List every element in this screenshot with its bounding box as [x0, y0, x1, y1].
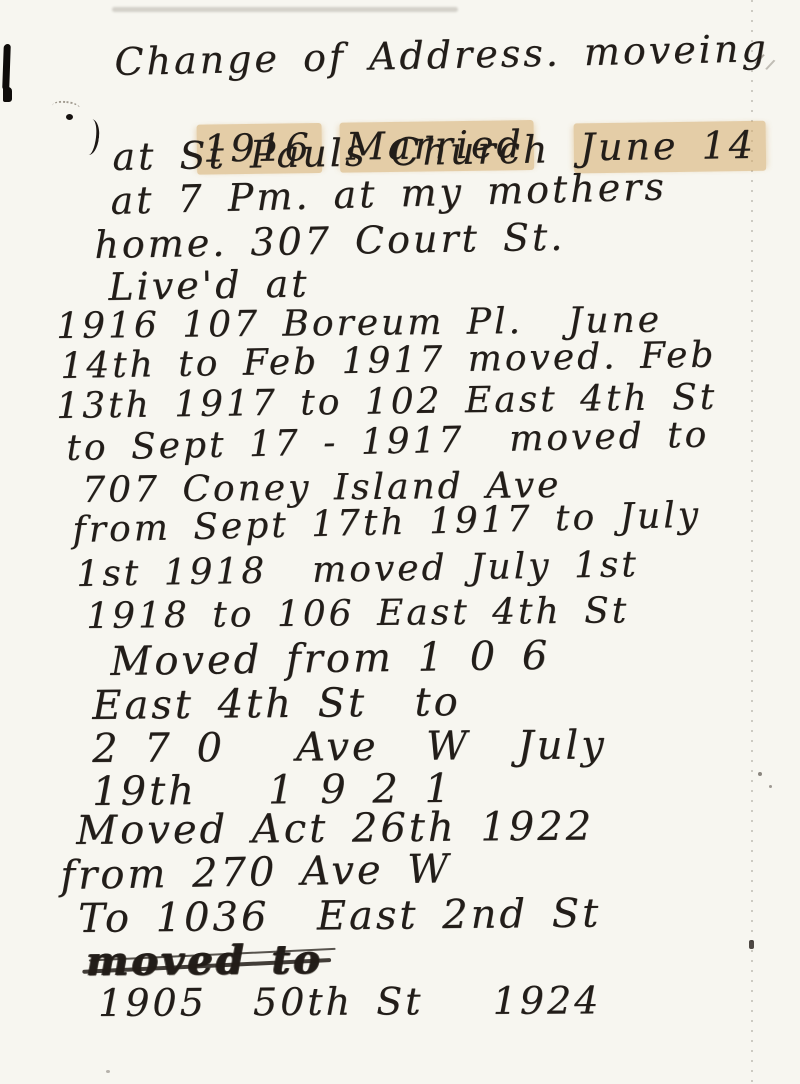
handwritten-line: 2 7 0 Ave W July [92, 723, 607, 771]
handwritten-line: home. 307 Court St. [94, 217, 566, 267]
scan-smudge-top [112, 7, 458, 12]
handwritten-line: Live'd at [108, 263, 310, 308]
scanned-page: Change of Address. moveing 1916MarriedJu… [0, 0, 800, 1084]
handwritten-line: from 270 Ave W [60, 847, 452, 898]
handwritten-line: 1918 to 106 East 4th St [86, 591, 629, 636]
edge-ink-blot [3, 87, 12, 102]
handwritten-line-title: Change of Address. moveing [114, 28, 769, 83]
paper-speck [758, 772, 762, 776]
handwritten-line: To 1036 East 2nd St [78, 892, 601, 941]
fold-line-dash [749, 940, 754, 949]
handwritten-line: Moved from 1 0 6 [110, 634, 551, 684]
handwritten-line: East 4th St to [92, 680, 461, 728]
pen-dot-mark [66, 114, 73, 120]
edge-ink-mark [2, 44, 11, 90]
pen-curve-mark [78, 118, 101, 156]
handwritten-line-crossed-out: moved to [86, 938, 323, 984]
handwritten-line: 1905 50th St 1924 [98, 980, 602, 1024]
paper-speck [106, 1070, 110, 1073]
handwritten-line: Moved Act 26th 1922 [76, 804, 594, 853]
paper-speck [769, 785, 772, 788]
handwritten-line: 1st 1918 moved July 1st [76, 545, 639, 594]
pen-arc-mark [51, 100, 80, 115]
